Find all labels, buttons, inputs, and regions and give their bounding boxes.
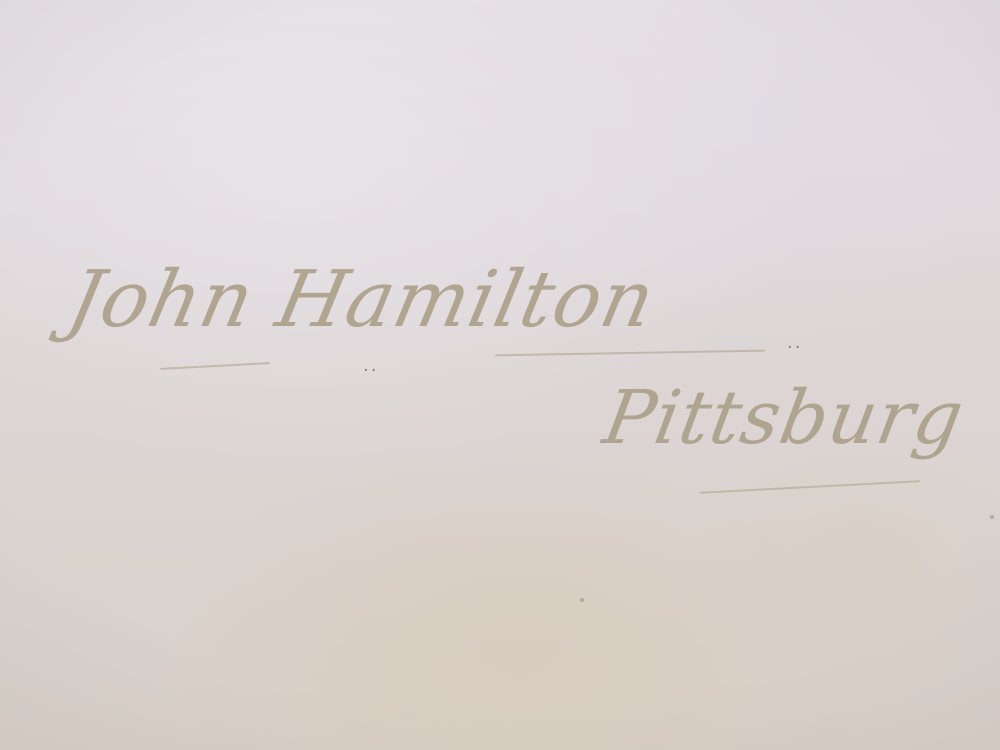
handwritten-place: Pittsburg (597, 375, 970, 461)
ink-dots: ·· (787, 337, 802, 358)
paper-speck (580, 598, 584, 602)
ink-dots: ·· (363, 360, 378, 381)
handwritten-name: John Hamilton (60, 255, 663, 345)
paper-speck (990, 515, 994, 519)
